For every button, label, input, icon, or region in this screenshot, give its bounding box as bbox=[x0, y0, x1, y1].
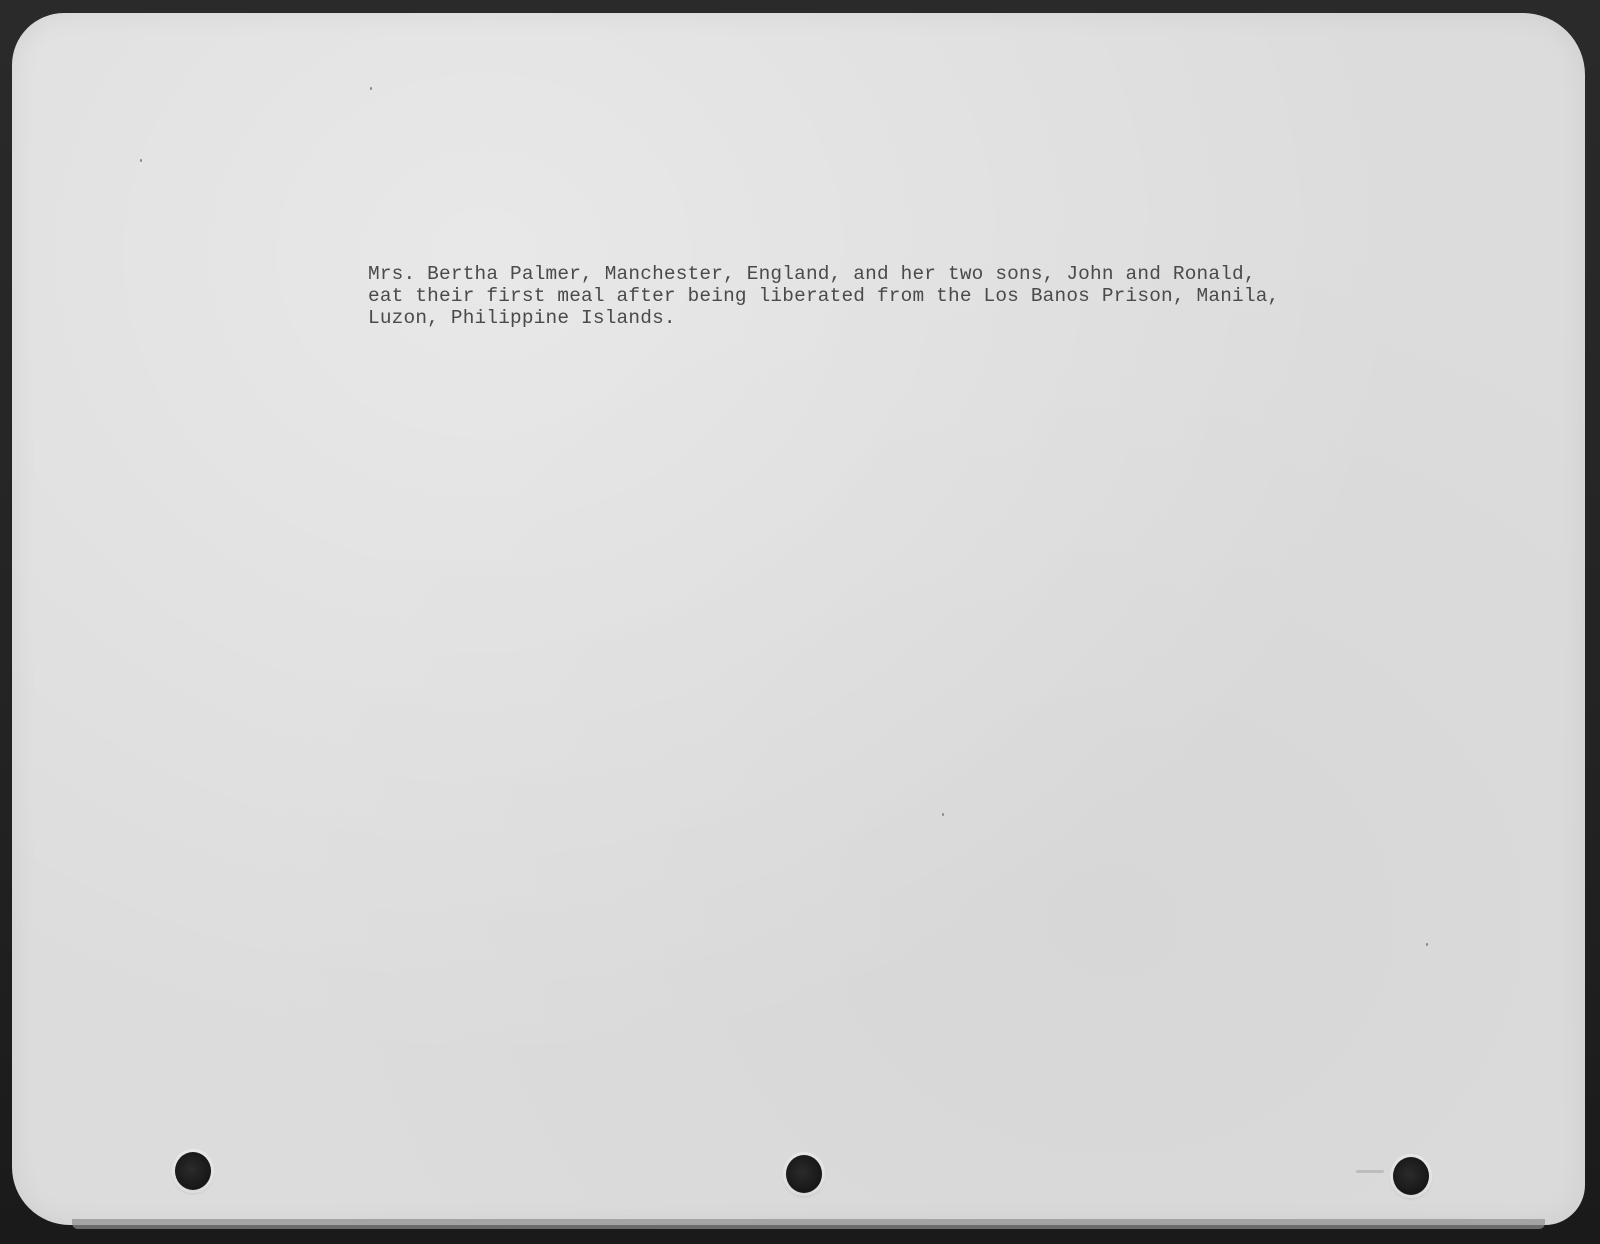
punch-hole-right bbox=[1393, 1157, 1429, 1195]
caption-line-3: Luzon, Philippine Islands. bbox=[368, 307, 1288, 329]
paper-speck bbox=[140, 159, 142, 162]
caption-line-1: Mrs. Bertha Palmer, Manchester, England,… bbox=[368, 263, 1288, 285]
punch-hole-center bbox=[786, 1155, 822, 1193]
typed-caption: Mrs. Bertha Palmer, Manchester, England,… bbox=[368, 263, 1288, 329]
paper-tear-mark bbox=[1356, 1170, 1384, 1173]
paper-speck bbox=[370, 87, 372, 90]
paper-speck bbox=[942, 813, 944, 816]
caption-line-2: eat their first meal after being liberat… bbox=[368, 285, 1288, 307]
caption-card: Mrs. Bertha Palmer, Manchester, England,… bbox=[12, 13, 1585, 1225]
punch-hole-left bbox=[175, 1152, 211, 1190]
scanned-document: Mrs. Bertha Palmer, Manchester, England,… bbox=[0, 0, 1600, 1244]
paper-speck bbox=[1426, 943, 1428, 946]
